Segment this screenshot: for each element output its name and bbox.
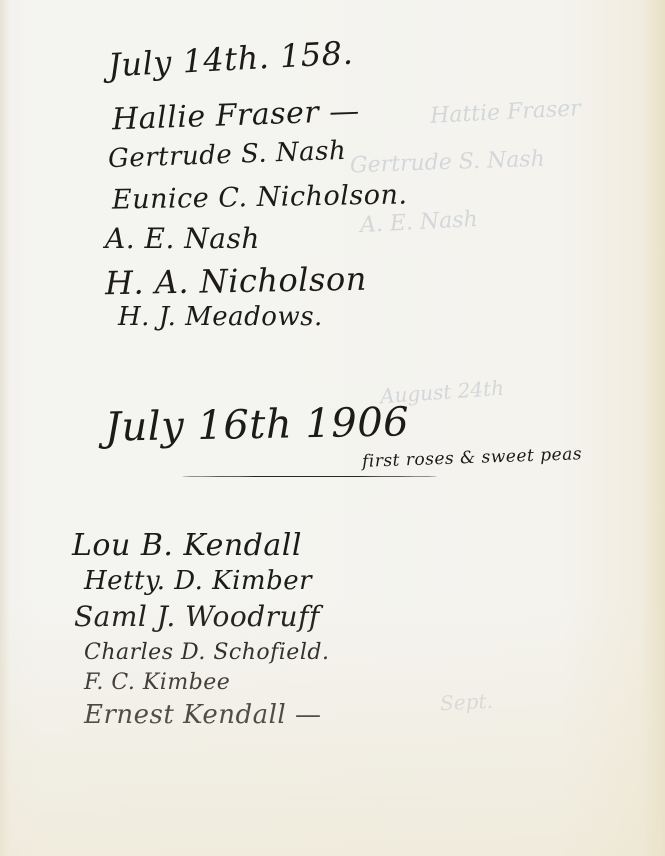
entry-note: first roses & sweet peas (362, 444, 583, 472)
entry-date: July 16th 1906 (105, 399, 410, 450)
signature: Ernest Kendall — (84, 700, 322, 730)
guestbook-page: Hattie Fraser Gertrude S. Nash A. E. Nas… (0, 0, 665, 856)
bleed-through-text: Hattie Fraser (429, 96, 581, 129)
bleed-through-text: Gertrude S. Nash (350, 147, 546, 179)
signature: H. J. Meadows. (118, 302, 323, 332)
signature: F. C. Kimbee (84, 670, 230, 695)
entry-date: July 14th. 158. (107, 34, 354, 85)
signature: Hallie Fraser — (111, 94, 360, 138)
bleed-through-text: Sept. (439, 689, 493, 716)
date-underline (182, 476, 437, 477)
signature: A. E. Nash (105, 222, 260, 255)
signature: Gertrude S. Nash (108, 136, 347, 174)
signature: Saml J. Woodruff (74, 600, 320, 633)
signature: Charles D. Schofield. (84, 640, 329, 665)
signature: Hetty. D. Kimber (84, 566, 312, 596)
bleed-through-text: A. E. Nash (359, 207, 478, 238)
signature: Lou B. Kendall (72, 528, 302, 563)
signature: Eunice C. Nicholson. (112, 179, 408, 215)
signature: H. A. Nicholson (105, 260, 367, 303)
